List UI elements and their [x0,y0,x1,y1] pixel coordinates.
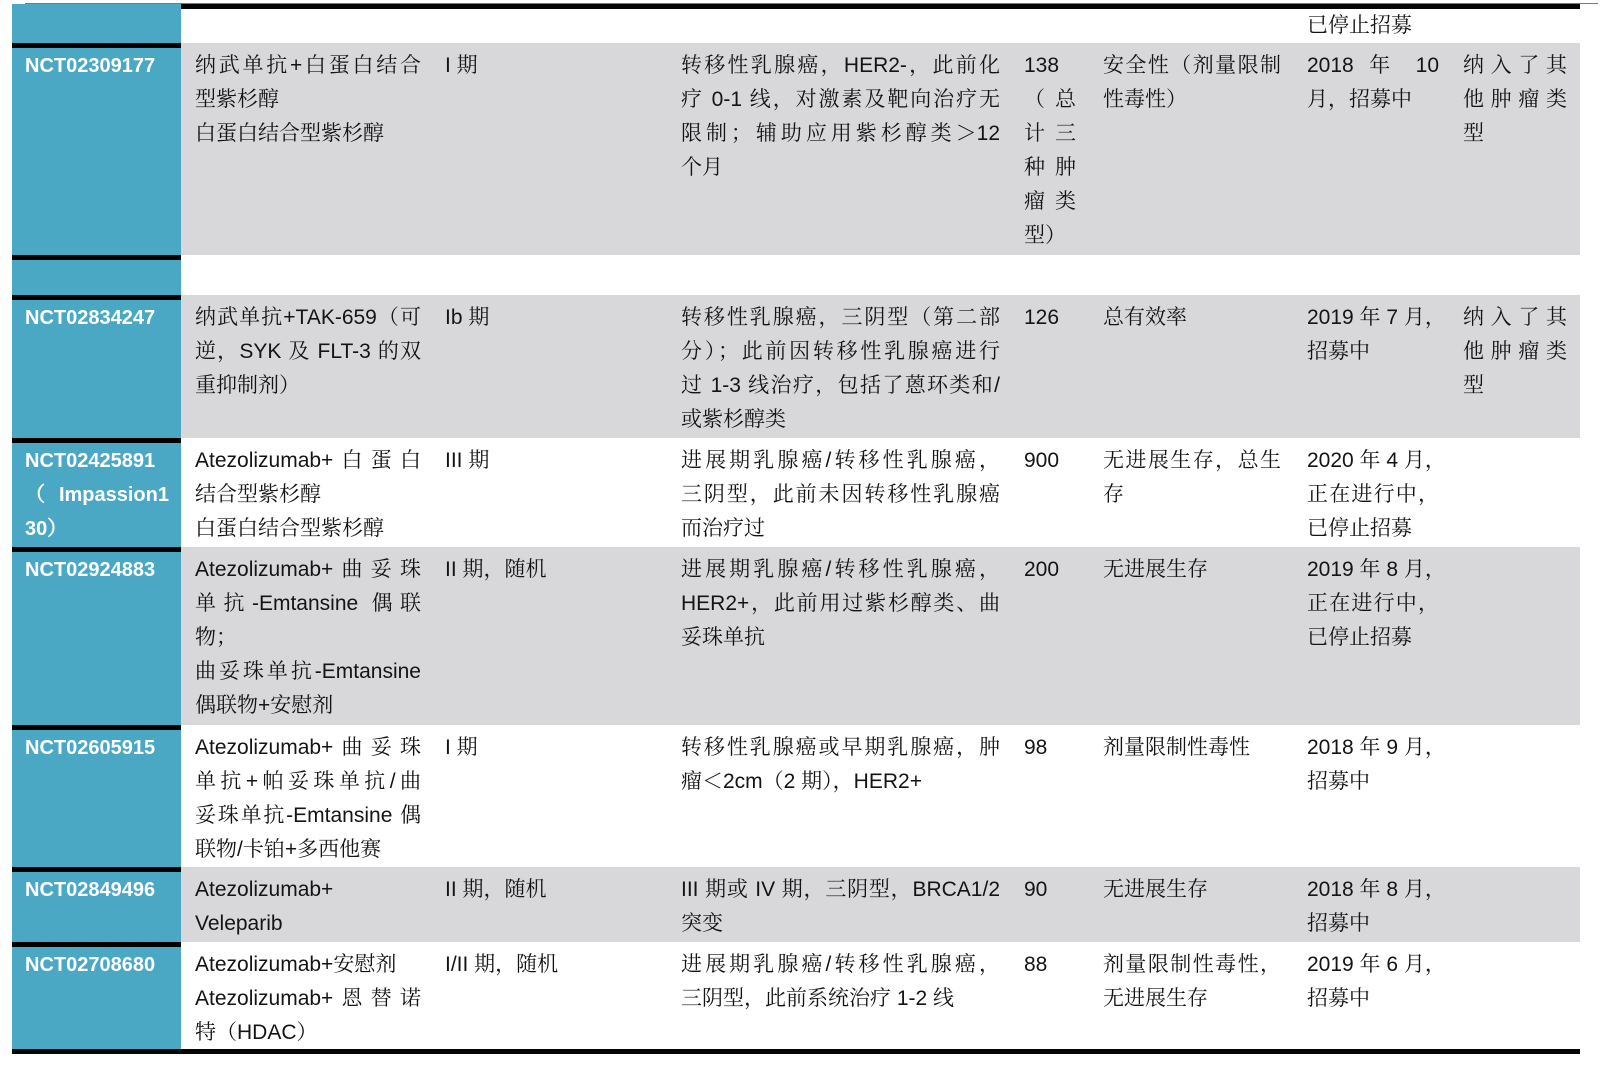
table-row: NCT02425891（Impassion130） Atezolizumab+白… [12,438,1580,547]
cell-line: 纳武单抗+TAK-659（可 [195,301,421,335]
cell-paragraph: 白蛋白结合型紫杉醇 [195,512,421,546]
enrollment-cell: 126 [1012,295,1090,438]
endpoint-cell: 安全性（剂量限制性毒性） [1090,43,1294,255]
table-row: NCT02309177 纳武单抗+白蛋白结合型紫杉醇白蛋白结合型紫杉醇 I 期 … [12,43,1580,255]
cell-line: 性毒性） [1103,83,1281,117]
notes-cell [1450,438,1580,547]
cell-paragraph: 2018 年 9 月，招募中 [1307,731,1439,799]
cell-line: 型） [1024,219,1076,253]
cell-line: 无进展生存 [1103,982,1281,1016]
cell-line: III 期或 IV 期，三阴型，BRCA1/2 [681,873,1000,907]
table-row: NCT02708680 Atezolizumab+安慰剂Atezolizumab… [12,942,1580,1049]
trial-id-cell: NCT02425891（Impassion130） [12,438,181,547]
cell-line: 已停止招募 [1307,512,1439,546]
cell-paragraph: 转移性乳腺癌，HER2-，此前化疗 0-1 线，对激素及靶向治疗无限制；辅助应用… [681,49,1000,185]
cell-line: 转移性乳腺癌或早期乳腺癌，肿 [681,731,1000,765]
trial-id-cell: NCT02605915 [12,725,181,867]
cell-line: （总 [1024,83,1076,117]
cell-paragraph: NCT02425891（Impassion130） [25,444,169,546]
cell-line: Atezolizumab+白蛋白 [195,444,421,478]
population-cell: 进展期乳腺癌/转移性乳腺癌，三阴型，此前系统治疗 1-2 线 [668,942,1012,1049]
cell-line: 结合型紫杉醇 [195,478,421,512]
cell-line: 无进展生存，总生 [1103,444,1281,478]
cell-line: 2019 年 8 月， [1307,553,1439,587]
phase-cell: III 期 [432,438,668,547]
trial-id-cell [12,4,181,43]
cell-paragraph: 纳武单抗+TAK-659（可逆，SYK 及 FLT-3 的双重抑制剂） [195,301,421,403]
endpoint-cell: 无进展生存 [1090,867,1294,942]
cell-line: 2018 年 10 [1307,49,1439,83]
cell-line: Veleparib [195,907,421,941]
cell-line: Atezolizumab+曲妥珠 [195,731,421,765]
cell-line: 而治疗过 [681,512,1000,546]
cell-line: 2019 年 7 月， [1307,301,1439,335]
cell-paragraph: 纳入了其他肿瘤类型 [1463,301,1567,403]
cell-line: 纳入了其 [1463,301,1567,335]
cell-paragraph: 2019 年 7 月，招募中 [1307,301,1439,369]
cell-line: 招募中 [1307,907,1439,941]
cell-line: 转移性乳腺癌，HER2-，此前化 [681,49,1000,83]
phase-cell: Ib 期 [432,295,668,438]
cell-line: 进展期乳腺癌/转移性乳腺癌， [681,948,1000,982]
enrollment-cell: 138（总计三种肿瘤类型） [1012,43,1090,255]
cell-paragraph: III 期或 IV 期，三阴型，BRCA1/2突变 [681,873,1000,941]
endpoint-cell: 无进展生存，总生存 [1090,438,1294,547]
cell-line: 过 1-3 线治疗，包括了蒽环类和/ [681,369,1000,403]
cell-line: 他肿瘤类 [1463,335,1567,369]
intervention-cell [181,4,432,43]
cell-paragraph: 2018 年 8 月，招募中 [1307,873,1439,941]
cell-line: 计三 [1024,117,1076,151]
cell-paragraph: 剂量限制性毒性，无进展生存 [1103,948,1281,1016]
notes-cell [1450,255,1580,295]
enrollment-cell: 900 [1012,438,1090,547]
intervention-cell: Atezolizumab+曲妥珠单抗+帕妥珠单抗/曲妥珠单抗-Emtansine… [181,725,432,867]
cell-line: （Impassion1 [25,478,169,512]
cell-line: 2018 年 8 月， [1307,873,1439,907]
cell-line: 个月 [681,151,1000,185]
cell-paragraph: 进展期乳腺癌/转移性乳腺癌，HER2+，此前用过紫杉醇类、曲妥珠单抗 [681,553,1000,655]
endpoint-cell: 总有效率 [1090,295,1294,438]
phase-cell: I/II 期，随机 [432,942,668,1049]
population-cell: III 期或 IV 期，三阴型，BRCA1/2突变 [668,867,1012,942]
cell-paragraph: Atezolizumab+恩替诺特（HDAC） [195,982,421,1050]
cell-line: 妥珠单抗 [681,621,1000,655]
cell-line: 妥珠单抗-Emtansine 偶 [195,799,421,833]
cell-line: 或紫杉醇类 [681,403,1000,437]
enrollment-cell [1012,4,1090,43]
cell-paragraph: 转移性乳腺癌或早期乳腺癌，肿瘤＜2cm（2 期），HER2+ [681,731,1000,799]
phase-cell: II 期，随机 [432,867,668,942]
cell-line: 白蛋白结合型紫杉醇 [195,512,421,546]
status-cell [1294,255,1450,295]
cell-paragraph: 进展期乳腺癌/转移性乳腺癌，三阴型，此前系统治疗 1-2 线 [681,948,1000,1016]
cell-line: 分）；此前因转移性乳腺癌进行 [681,335,1000,369]
cell-line: 型 [1463,117,1567,151]
cell-line: 单抗+帕妥珠单抗/曲 [195,765,421,799]
cell-line: 限制；辅助应用紫杉醇类＞12 [681,117,1000,151]
status-cell: 2019 年 7 月，招募中 [1294,295,1450,438]
cell-paragraph: Atezolizumab+白蛋白结合型紫杉醇 [195,444,421,512]
clinical-trials-table: 已停止招募 NCT02309177 纳武单抗+白蛋白结合型紫杉醇白蛋白结合型紫杉… [12,4,1580,1049]
cell-line: 138 [1024,49,1076,83]
cell-line: 已停止招募 [1307,621,1439,655]
population-cell: 转移性乳腺癌，HER2-，此前化疗 0-1 线，对激素及靶向治疗无限制；辅助应用… [668,43,1012,255]
cell-paragraph: Atezolizumab+曲妥珠单抗+帕妥珠单抗/曲妥珠单抗-Emtansine… [195,731,421,867]
cell-line: 白蛋白结合型紫杉醇 [195,117,421,151]
notes-cell [1450,725,1580,867]
table-top-rule [181,4,1580,9]
cell-paragraph: 纳武单抗+白蛋白结合型紫杉醇 [195,49,421,117]
cell-line: Atezolizumab+曲妥珠 [195,553,421,587]
cell-paragraph: Atezolizumab+Veleparib [195,873,421,941]
cell-paragraph: 138（总计三种肿瘤类型） [1024,49,1076,253]
endpoint-cell: 剂量限制性毒性，无进展生存 [1090,942,1294,1049]
cell-paragraph: 进展期乳腺癌/转移性乳腺癌，三阴型，此前未因转移性乳腺癌而治疗过 [681,444,1000,546]
endpoint-cell: 剂量限制性毒性 [1090,725,1294,867]
cell-line: 30） [25,512,169,546]
notes-cell: 纳入了其他肿瘤类型 [1450,295,1580,438]
cell-line: 瘤类 [1024,185,1076,219]
cell-line: 偶联物+安慰剂 [195,689,421,723]
population-cell: 转移性乳腺癌或早期乳腺癌，肿瘤＜2cm（2 期），HER2+ [668,725,1012,867]
cell-line: 特（HDAC） [195,1016,421,1050]
table-row: NCT02924883 Atezolizumab+曲妥珠单抗-Emtansine… [12,547,1580,725]
cell-line: 2020 年 4 月， [1307,444,1439,478]
cell-line: Atezolizumab+安慰剂 [195,948,421,982]
trial-id-cell: NCT02849496 [12,867,181,942]
cell-line: 单抗-Emtansine 偶联 [195,587,421,621]
cell-paragraph: 无进展生存，总生存 [1103,444,1281,512]
phase-cell: I 期 [432,725,668,867]
status-cell: 2020 年 4 月，正在进行中，已停止招募 [1294,438,1450,547]
endpoint-cell: 无进展生存 [1090,547,1294,725]
cell-line: 纳入了其 [1463,49,1567,83]
cell-line: 月，招募中 [1307,83,1439,117]
cell-paragraph: 2020 年 4 月，正在进行中，已停止招募 [1307,444,1439,546]
table-row: 已停止招募 [12,4,1580,43]
population-cell: 进展期乳腺癌/转移性乳腺癌，HER2+，此前用过紫杉醇类、曲妥珠单抗 [668,547,1012,725]
population-cell: 转移性乳腺癌，三阴型（第二部分）；此前因转移性乳腺癌进行过 1-3 线治疗，包括… [668,295,1012,438]
cell-line: 物； [195,621,421,655]
cell-line: NCT02425891 [25,444,169,478]
phase-cell [432,4,668,43]
enrollment-cell [1012,255,1090,295]
cell-paragraph: 转移性乳腺癌，三阴型（第二部分）；此前因转移性乳腺癌进行过 1-3 线治疗，包括… [681,301,1000,437]
cell-line: 他肿瘤类 [1463,83,1567,117]
intervention-cell [181,255,432,295]
cell-paragraph: Atezolizumab+曲妥珠单抗-Emtansine 偶联物； [195,553,421,655]
cell-paragraph: 2018 年 10月，招募中 [1307,49,1439,117]
cell-paragraph: Atezolizumab+安慰剂 [195,948,421,982]
cell-line: 安全性（剂量限制 [1103,49,1281,83]
intervention-cell: Atezolizumab+Veleparib [181,867,432,942]
document-page: 已停止招募 NCT02309177 纳武单抗+白蛋白结合型紫杉醇白蛋白结合型紫杉… [0,0,1600,1068]
cell-line: 逆，SYK 及 FLT-3 的双 [195,335,421,369]
status-cell: 2018 年 8 月，招募中 [1294,867,1450,942]
intervention-cell: 纳武单抗+TAK-659（可逆，SYK 及 FLT-3 的双重抑制剂） [181,295,432,438]
notes-cell [1450,942,1580,1049]
status-cell: 2018 年 10月，招募中 [1294,43,1450,255]
cell-line: 联物/卡铂+多西他赛 [195,833,421,867]
endpoint-cell [1090,255,1294,295]
table-row: NCT02834247 纳武单抗+TAK-659（可逆，SYK 及 FLT-3 … [12,295,1580,438]
trial-id-cell: NCT02309177 [12,43,181,255]
cell-line: 正在进行中， [1307,587,1439,621]
cell-line: 重抑制剂） [195,369,421,403]
phase-cell: I 期 [432,43,668,255]
cell-paragraph: 白蛋白结合型紫杉醇 [195,117,421,151]
population-cell: 进展期乳腺癌/转移性乳腺癌，三阴型，此前未因转移性乳腺癌而治疗过 [668,438,1012,547]
table-row [12,255,1580,295]
cell-line: 型 [1463,369,1567,403]
trial-id-cell: NCT02924883 [12,547,181,725]
intervention-cell: Atezolizumab+安慰剂Atezolizumab+恩替诺特（HDAC） [181,942,432,1049]
cell-line: 进展期乳腺癌/转移性乳腺癌， [681,553,1000,587]
cell-line: 疗 0-1 线，对激素及靶向治疗无 [681,83,1000,117]
table-bottom-rule [12,1049,1580,1054]
cell-line: 存 [1103,478,1281,512]
cell-line: 进展期乳腺癌/转移性乳腺癌， [681,444,1000,478]
cell-paragraph: 安全性（剂量限制性毒性） [1103,49,1281,117]
cell-paragraph: 2019 年 8 月，正在进行中，已停止招募 [1307,553,1439,655]
status-cell: 2019 年 6 月，招募中 [1294,942,1450,1049]
cell-line: 型紫杉醇 [195,83,421,117]
intervention-cell: Atezolizumab+白蛋白结合型紫杉醇白蛋白结合型紫杉醇 [181,438,432,547]
trial-id-cell: NCT02708680 [12,942,181,1049]
population-cell [668,255,1012,295]
cell-paragraph: 曲妥珠单抗-Emtansine偶联物+安慰剂 [195,655,421,723]
enrollment-cell: 90 [1012,867,1090,942]
cell-line: HER2+，此前用过紫杉醇类、曲 [681,587,1000,621]
cell-line: 瘤＜2cm（2 期），HER2+ [681,765,1000,799]
enrollment-cell: 200 [1012,547,1090,725]
phase-cell: II 期，随机 [432,547,668,725]
status-cell: 已停止招募 [1294,4,1450,43]
enrollment-cell: 98 [1012,725,1090,867]
trial-id-cell [12,255,181,295]
status-cell: 2018 年 9 月，招募中 [1294,725,1450,867]
notes-cell [1450,4,1580,43]
notes-cell: 纳入了其他肿瘤类型 [1450,43,1580,255]
cell-line: 突变 [681,907,1000,941]
status-cell: 2019 年 8 月，正在进行中，已停止招募 [1294,547,1450,725]
notes-cell [1450,867,1580,942]
cell-line: 2018 年 9 月， [1307,731,1439,765]
endpoint-cell [1090,4,1294,43]
intervention-cell: 纳武单抗+白蛋白结合型紫杉醇白蛋白结合型紫杉醇 [181,43,432,255]
phase-cell [432,255,668,295]
cell-line: 正在进行中， [1307,478,1439,512]
trial-id-cell: NCT02834247 [12,295,181,438]
cell-paragraph: 2019 年 6 月，招募中 [1307,948,1439,1016]
cell-line: 2019 年 6 月， [1307,948,1439,982]
population-cell [668,4,1012,43]
cell-line: 纳武单抗+白蛋白结合 [195,49,421,83]
cell-line: 转移性乳腺癌，三阴型（第二部 [681,301,1000,335]
cell-line: 曲妥珠单抗-Emtansine [195,655,421,689]
notes-cell [1450,547,1580,725]
table-row: NCT02605915 Atezolizumab+曲妥珠单抗+帕妥珠单抗/曲妥珠… [12,725,1580,867]
table-row: NCT02849496 Atezolizumab+Veleparib II 期，… [12,867,1580,942]
cell-line: 剂量限制性毒性， [1103,948,1281,982]
enrollment-cell: 88 [1012,942,1090,1049]
cell-line: 三阴型，此前未因转移性乳腺癌 [681,478,1000,512]
intervention-cell: Atezolizumab+曲妥珠单抗-Emtansine 偶联物；曲妥珠单抗-E… [181,547,432,725]
cell-line: 招募中 [1307,982,1439,1016]
cell-line: 三阴型，此前系统治疗 1-2 线 [681,982,1000,1016]
cell-line: Atezolizumab+ [195,873,421,907]
cell-line: Atezolizumab+恩替诺 [195,982,421,1016]
cell-line: 招募中 [1307,335,1439,369]
cell-line: 招募中 [1307,765,1439,799]
cell-paragraph: 纳入了其他肿瘤类型 [1463,49,1567,151]
cell-line: 种肿 [1024,151,1076,185]
